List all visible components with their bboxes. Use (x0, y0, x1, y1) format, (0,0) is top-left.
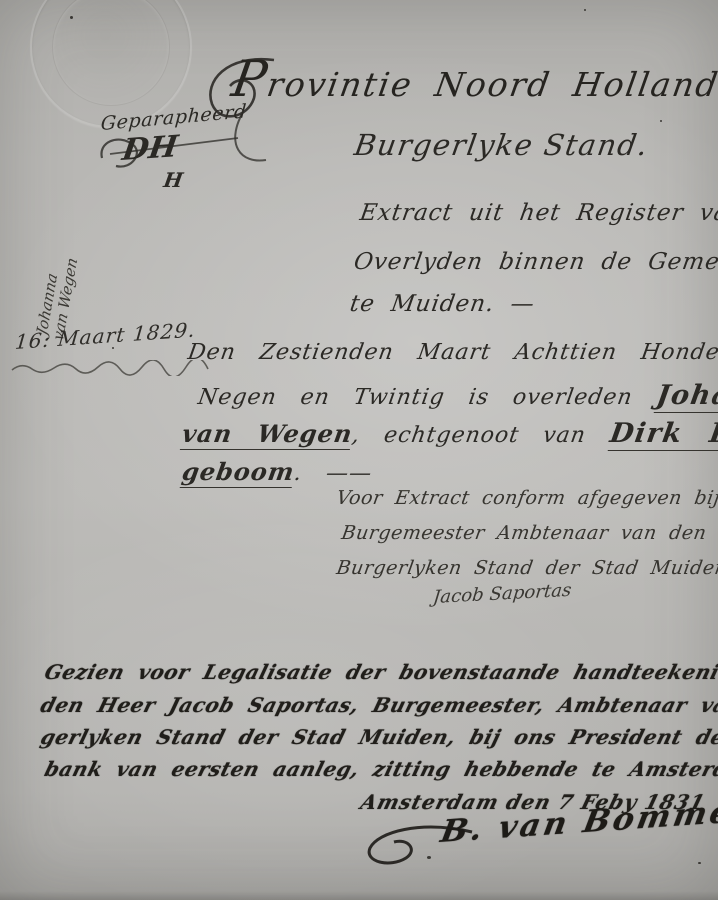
spouse-name: Dirk Hoo= (607, 418, 718, 451)
document-page: Provintie Noord Holland Burgerlyke Stand… (0, 0, 718, 900)
certification-line3: Burgerlyken Stand der Stad Muiden. (335, 557, 718, 579)
extract-heading-line1: Extract uit het Register van (358, 200, 718, 226)
title-province-line: Provintie Noord Holland (228, 50, 718, 108)
paper-speck (584, 9, 586, 11)
paraph-initials-secondary: H (162, 168, 185, 192)
act-body-line3-text: , echtgenoot van (350, 423, 612, 448)
act-body-line4: geboom. —— (180, 457, 375, 486)
paper-speck (698, 862, 701, 864)
legalization-line4: bank van eersten aanleg, zitting hebbend… (42, 757, 718, 781)
burgemeester-signature: Jacob Saportas (432, 580, 573, 608)
title-registry-line: Burgerlyke Stand. (352, 128, 651, 162)
act-body-line2: Negen en Twintig is overleden Johanna (196, 380, 718, 411)
act-body-line1: Den Zestienden Maart Achttien Honderd (186, 340, 718, 365)
margin-date-wavy-underline (10, 360, 210, 376)
paraph-initials: DH (120, 129, 180, 168)
deceased-name-first: Johanna (654, 380, 718, 413)
paper-speck (112, 347, 114, 349)
extract-heading-line2: Overlyden binnen de Gemeen (352, 249, 718, 275)
paper-speck (70, 16, 73, 19)
legalization-line2: den Heer Jacob Saportas, Burgemeester, A… (38, 693, 718, 717)
paper-speck (660, 120, 662, 122)
act-body-line4-dash: . —— (292, 461, 374, 486)
paper-speck (427, 856, 431, 859)
act-body-line3: van Wegen, echtgenoot van Dirk Hoo= (180, 418, 718, 449)
legalization-line1: Gezien voor Legalisatie der bovenstaande… (42, 660, 718, 684)
certification-line2: Burgemeester Ambtenaar van den (340, 522, 708, 544)
certification-line1: Voor Extract conform afgegeven bij mij (335, 487, 718, 509)
spouse-name-continued: geboom (180, 457, 297, 488)
act-body-line2-text: Negen en Twintig is overleden (196, 385, 658, 410)
legalization-line3: gerlyken Stand der Stad Muiden, bij ons … (38, 725, 718, 749)
deceased-name-last: van Wegen (180, 419, 355, 450)
extract-heading-line3: te Muiden. — (348, 291, 537, 317)
